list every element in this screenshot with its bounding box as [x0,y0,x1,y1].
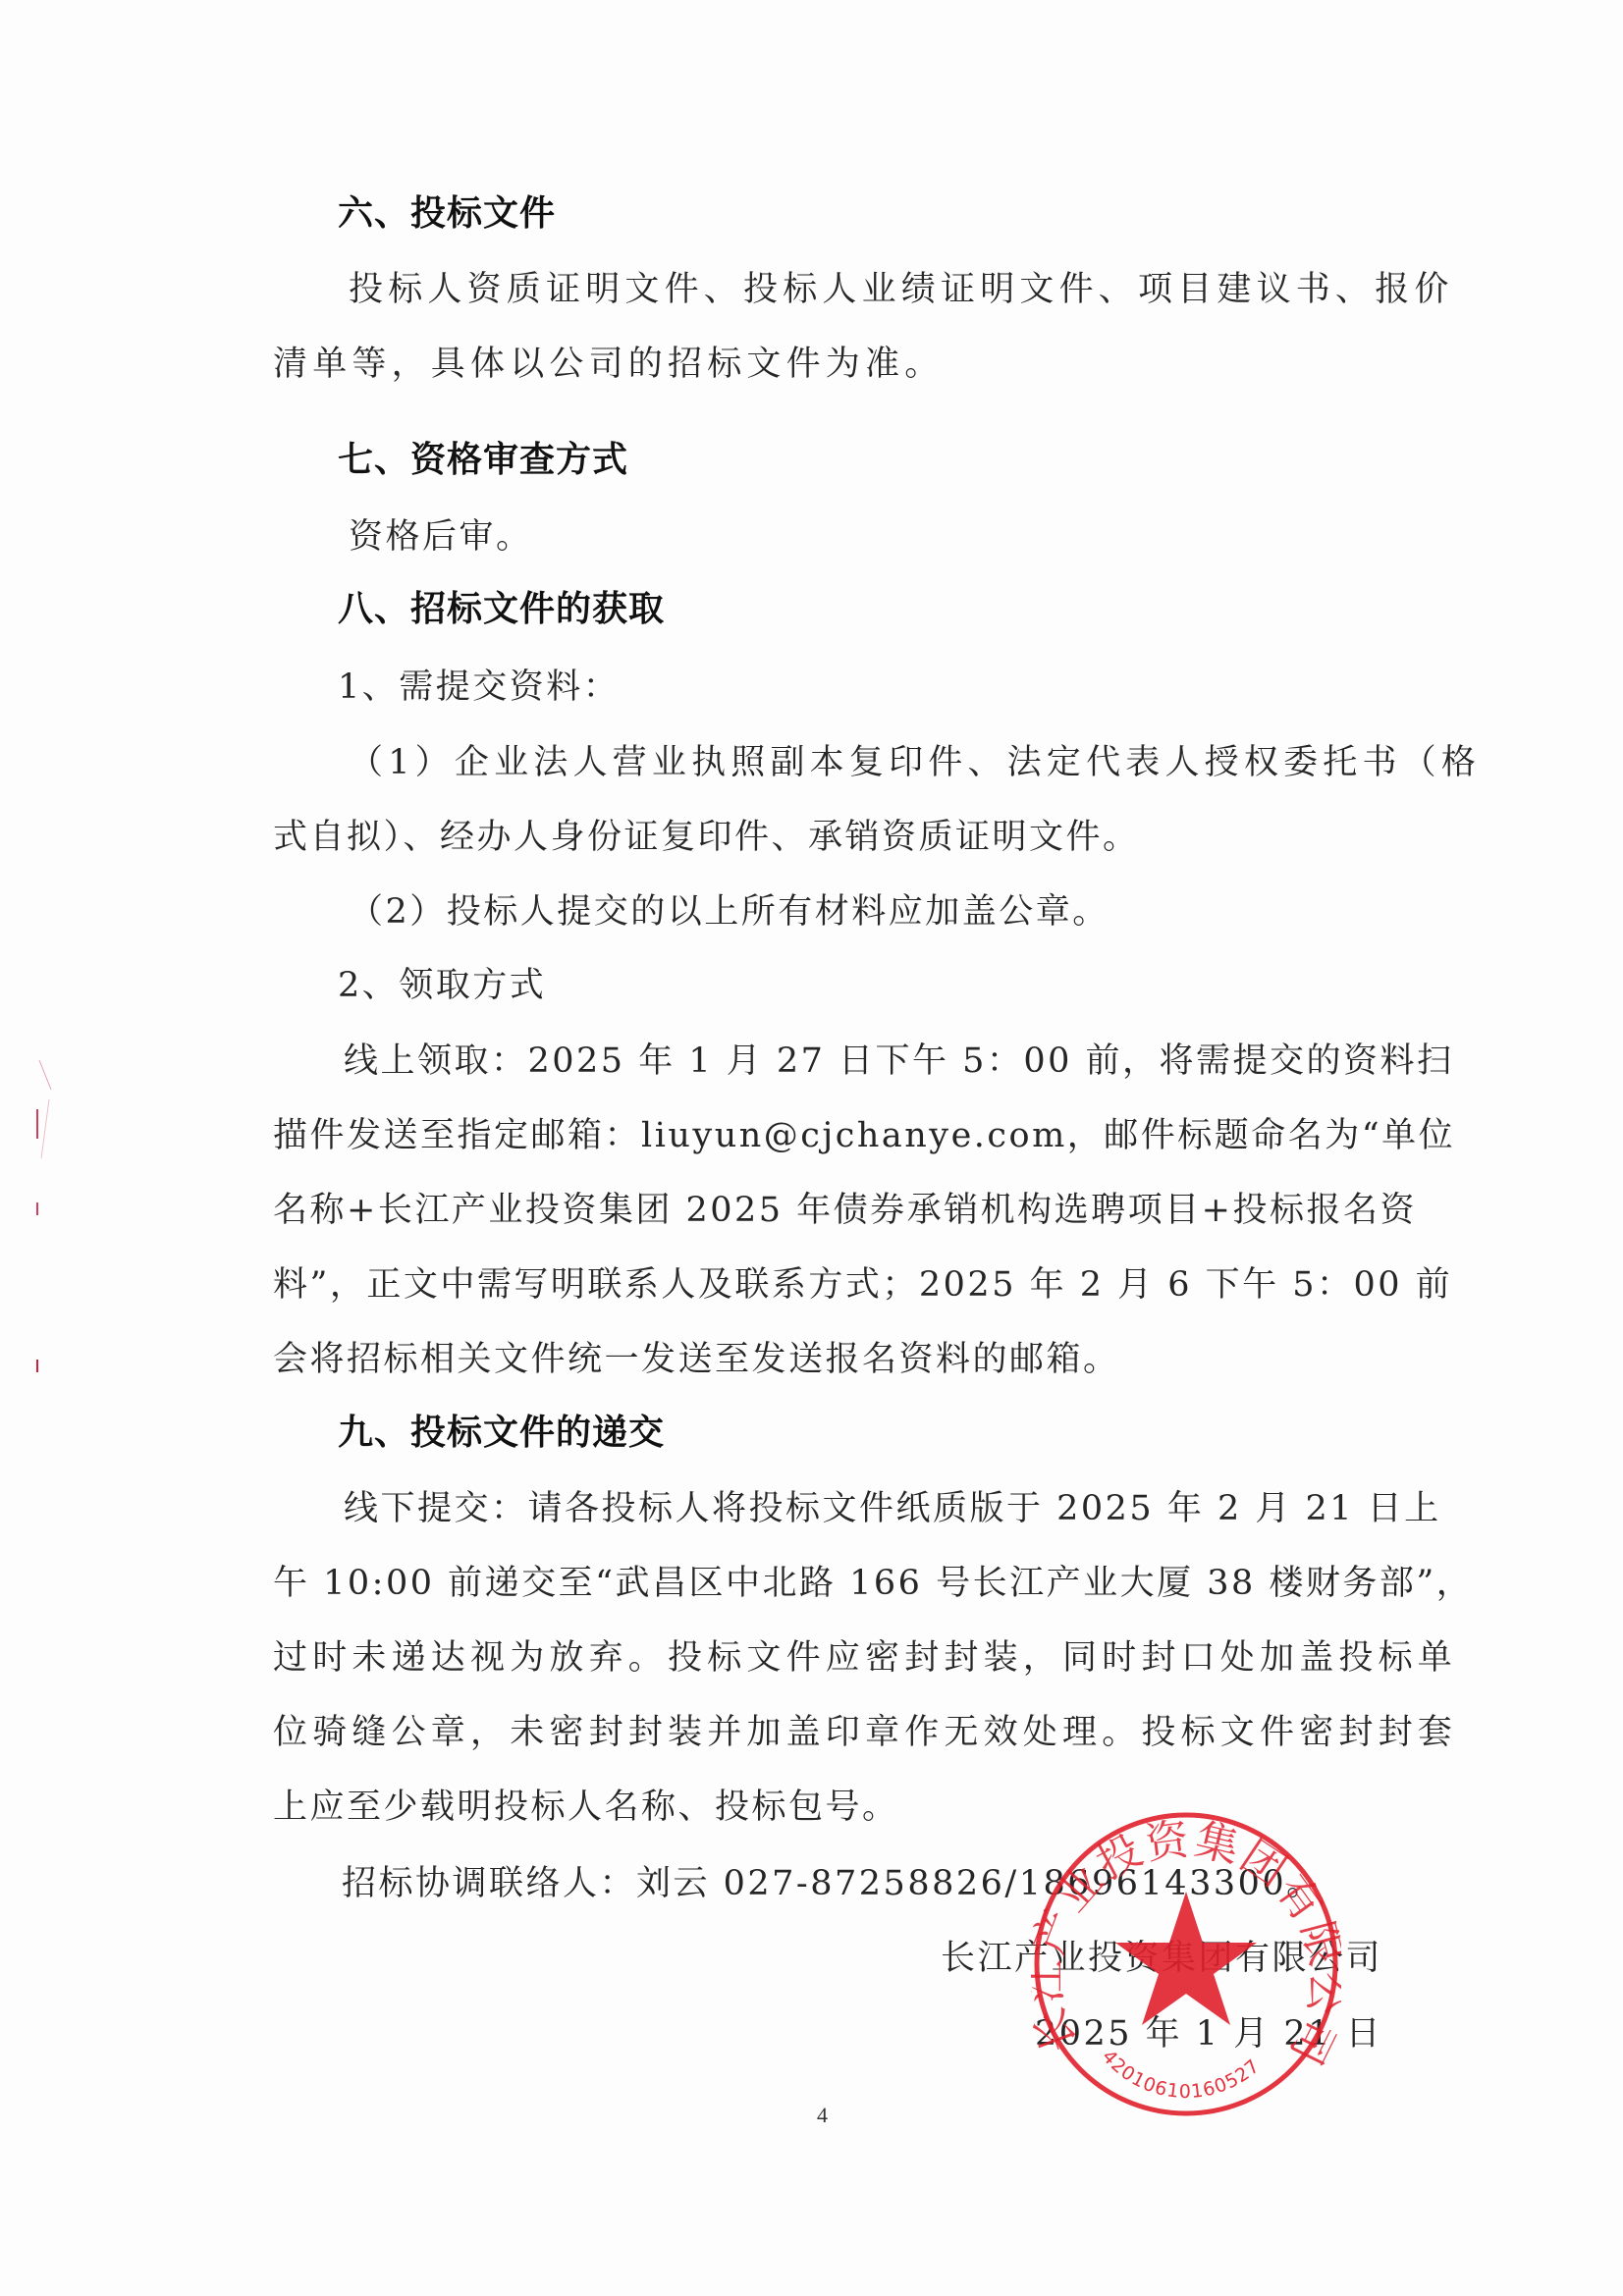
section-8-method-line-5: 会将招标相关文件统一发送至发送报名资料的邮箱。 [273,1340,1120,1379]
section-8-method-line-2: 描件发送至指定邮箱：liuyun@cjchanye.com，邮件标题命名为“单位 [273,1116,1455,1155]
section-heading-7: 七、资格审查方式 [338,441,628,480]
document-page: 六、投标文件 投标人资质证明文件、投标人业绩证明文件、项目建议书、报价 清单等，… [0,0,1623,2296]
signature-date: 2025 年 1 月 21 日 [1035,2014,1382,2054]
section-9-para-line-2: 午 10:00 前递交至“武昌区中北路 166 号长江产业大厦 38 楼财务部”… [273,1564,1473,1603]
signature-company: 长江产业投资集团有限公司 [941,1939,1382,1978]
section-8-sub1-title: 1、需提交资料： [338,667,620,707]
section-heading-8: 八、招标文件的获取 [338,590,665,629]
section-9-para-line-5: 上应至少载明投标人名称、投标包号。 [273,1788,899,1827]
section-heading-9: 九、投标文件的递交 [338,1414,665,1453]
seal-code-text: 42010610160527 [1098,2046,1265,2103]
section-9-para-line-4: 位骑缝公章，未密封封装并加盖印章作无效处理。投标文件密封封套 [273,1713,1457,1752]
section-heading-6: 六、投标文件 [338,194,556,234]
contact-line: 招标协调联络人：刘云 027-87258826/18696143300。 [342,1864,1324,1903]
section-8-method-line-4: 料”，正文中需写明联系人及联系方式；2025 年 2 月 6 下午 5：00 前 [273,1265,1452,1305]
margin-scan-marks [29,1050,69,1374]
section-9-para-line-1: 线下提交：请各投标人将投标文件纸质版于 2025 年 2 月 21 日上 [344,1489,1441,1528]
section-8-item2-line-1: （2）投标人提交的以上所有材料应加盖公章。 [349,892,1109,932]
section-8-item1-line-1: （1）企业法人营业执照副本复印件、法定代表人授权委托书（格 [349,743,1481,782]
section-8-item1-line-2: 式自拟）、经办人身份证复印件、承销资质证明文件。 [273,818,1140,857]
section-8-sub2-title: 2、领取方式 [338,966,546,1005]
section-8-method-line-1: 线上领取：2025 年 1 月 27 日下午 5：00 前，将需提交的资料扫 [344,1041,1454,1081]
page-number: 4 [817,2103,828,2128]
section-6-para-line-1: 投标人资质证明文件、投标人业绩证明文件、项目建议书、报价 [349,270,1454,309]
section-8-method-line-3: 名称+长江产业投资集团 2025 年债券承销机构选聘项目+投标报名资 [273,1191,1417,1230]
svg-text:42010610160527: 42010610160527 [1098,2046,1265,2103]
section-7-para-line-1: 资格后审。 [349,517,533,557]
section-9-para-line-3: 过时未递达视为放弃。投标文件应密封封装，同时封口处加盖投标单 [273,1638,1457,1678]
section-6-para-line-2: 清单等，具体以公司的招标文件为准。 [273,345,944,384]
